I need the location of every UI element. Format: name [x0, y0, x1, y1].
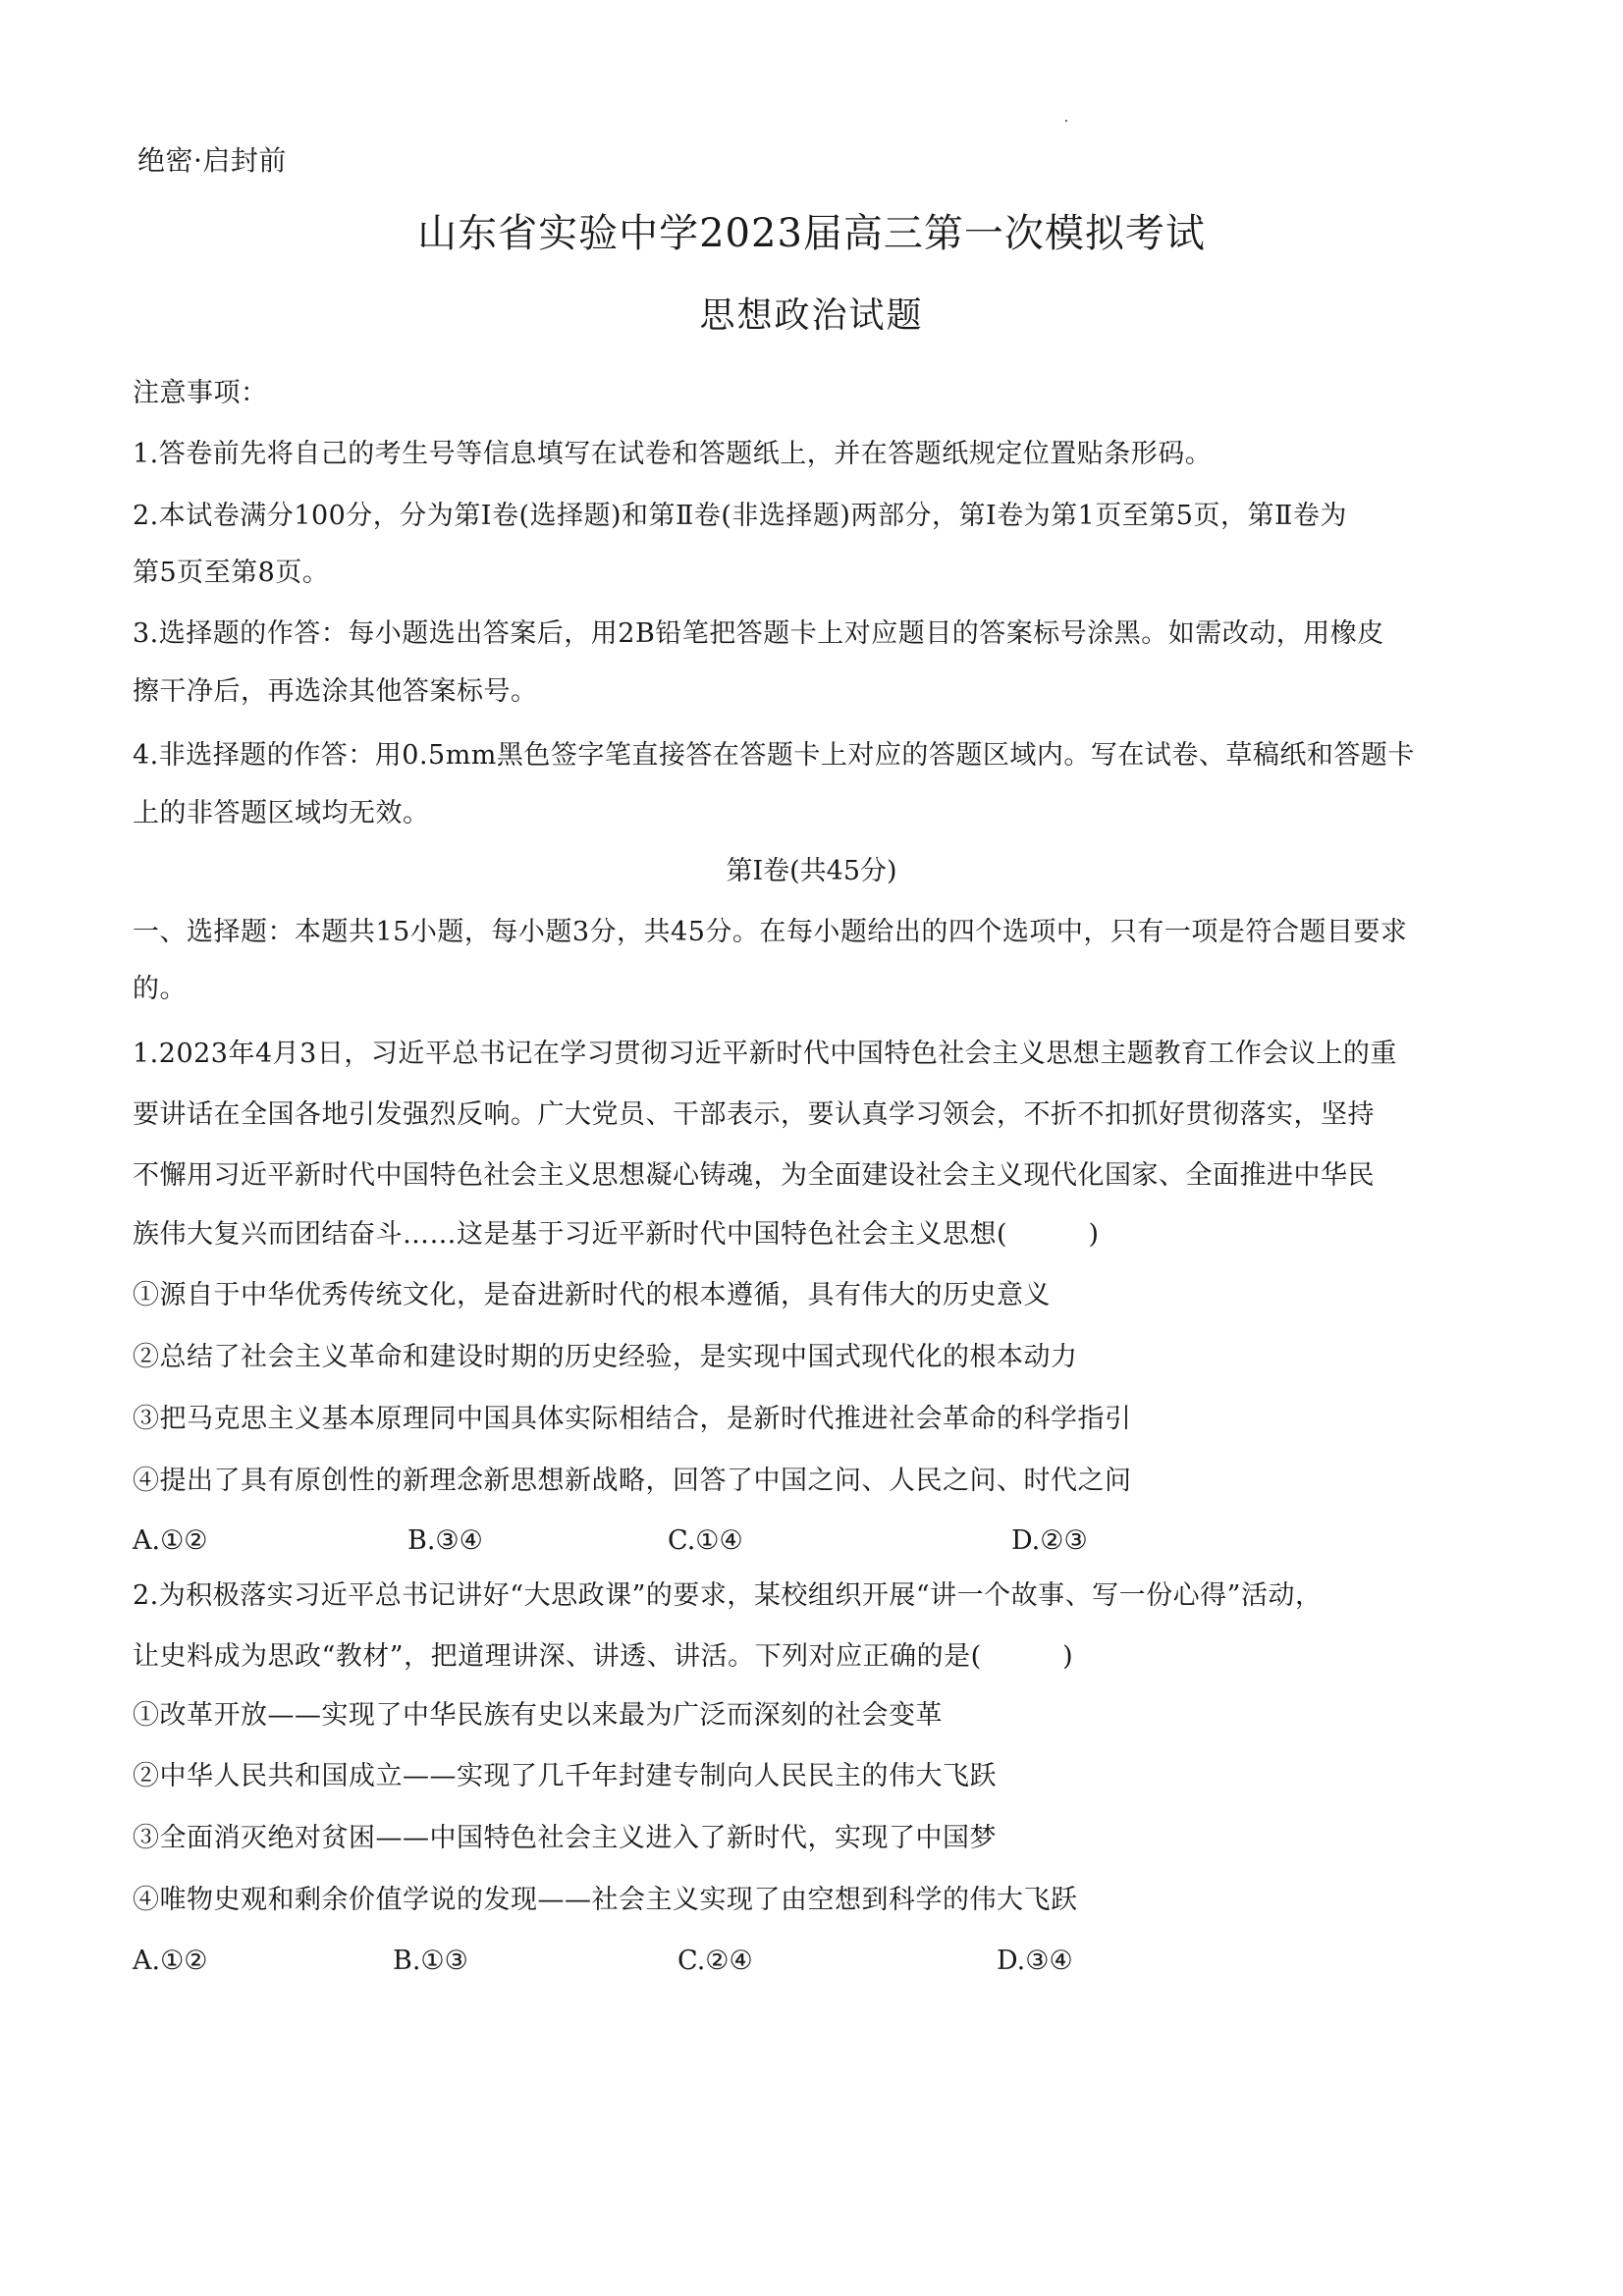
question-stem-line: 族伟大复兴而团结奋斗……这是基于习近平新时代中国特色社会主义思想( )	[133, 1217, 1100, 1253]
option-a[interactable]: A.①②	[133, 1523, 208, 1559]
statement: ①源自于中华优秀传统文化，是奋进新时代的根本遵循，具有伟大的历史意义	[133, 1278, 1051, 1313]
question-stem-line: 1.2023年4月3日，习近平总书记在学习贯彻习近平新时代中国特色社会主义思想主…	[133, 1037, 1397, 1072]
section-instruction: 一、选择题：本题共15小题，每小题3分，共45分。在每小题给出的四个选项中，只有…	[133, 915, 1407, 950]
confidential-label: 绝密·启封前	[137, 143, 287, 179]
question-stem-line: 2.为积极落实习近平总书记讲好“大思政课”的要求，某校组织开展“讲一个故事、写一…	[133, 1578, 1322, 1614]
option-b[interactable]: B.③④	[407, 1523, 483, 1559]
question-stem-line: 不懈用习近平新时代中国特色社会主义思想凝心铸魂，为全面建设社会主义现代化国家、全…	[133, 1158, 1375, 1194]
notice-heading: 注意事项：	[133, 376, 268, 411]
section-instruction: 的。	[133, 972, 187, 1007]
statement: ①改革开放——实现了中华民族有史以来最为广泛而深刻的社会变革	[133, 1698, 943, 1734]
section-heading: 第Ⅰ卷(共45分)	[0, 854, 1623, 889]
notice-line: 3.选择题的作答：每小题选出答案后，用2B铅笔把答题卡上对应题目的答案标号涂黑。…	[133, 616, 1384, 652]
statement: ④唯物史观和剩余价值学说的发现——社会主义实现了由空想到科学的伟大飞跃	[133, 1883, 1078, 1918]
question-stem-line: 让史料成为思政“教材”，把道理讲深、讲透、讲活。下列对应正确的是( )	[133, 1639, 1073, 1675]
option-b[interactable]: B.①③	[393, 1944, 468, 1979]
statement: ④提出了具有原创性的新理念新思想新战略，回答了中国之问、人民之问、时代之问	[133, 1464, 1132, 1499]
scan-artifact	[1065, 120, 1067, 122]
option-c[interactable]: C.②④	[677, 1944, 753, 1979]
option-a[interactable]: A.①②	[133, 1944, 208, 1979]
option-d[interactable]: D.③④	[997, 1944, 1073, 1979]
exam-subtitle: 思想政治试题	[0, 293, 1623, 340]
notice-line: 4.非选择题的作答：用0.5mm黑色签字笔直接答在答题卡上对应的答题区域内。写在…	[133, 738, 1415, 774]
exam-page: 绝密·启封前 山东省实验中学2023届高三第一次模拟考试 思想政治试题 注意事项…	[0, 0, 1623, 2296]
statement: ③全面消灭绝对贫困——中国特色社会主义进入了新时代，实现了中国梦	[133, 1821, 997, 1856]
notice-line: 上的非答题区域均无效。	[133, 796, 430, 831]
notice-line: 擦干净后，再选涂其他答案标号。	[133, 674, 538, 710]
option-d[interactable]: D.②③	[1011, 1523, 1088, 1559]
statement: ②中华人民共和国成立——实现了几千年封建专制向人民民主的伟大飞跃	[133, 1759, 997, 1794]
question-stem-line: 要讲话在全国各地引发强烈反响。广大党员、干部表示，要认真学习领会，不折不扣抓好贯…	[133, 1097, 1375, 1133]
notice-line: 第5页至第8页。	[133, 556, 329, 591]
option-c[interactable]: C.①④	[668, 1523, 743, 1559]
statement: ②总结了社会主义革命和建设时期的历史经验，是实现中国式现代化的根本动力	[133, 1340, 1078, 1375]
exam-title: 山东省实验中学2023届高三第一次模拟考试	[0, 208, 1623, 259]
notice-line: 1.答卷前先将自己的考生号等信息填写在试卷和答题纸上，并在答题纸规定位置贴条形码…	[133, 437, 1212, 472]
statement: ③把马克思主义基本原理同中国具体实际相结合，是新时代推进社会革命的科学指引	[133, 1402, 1132, 1437]
notice-line: 2.本试卷满分100分，分为第Ⅰ卷(选择题)和第Ⅱ卷(非选择题)两部分，第Ⅰ卷为…	[133, 499, 1347, 534]
